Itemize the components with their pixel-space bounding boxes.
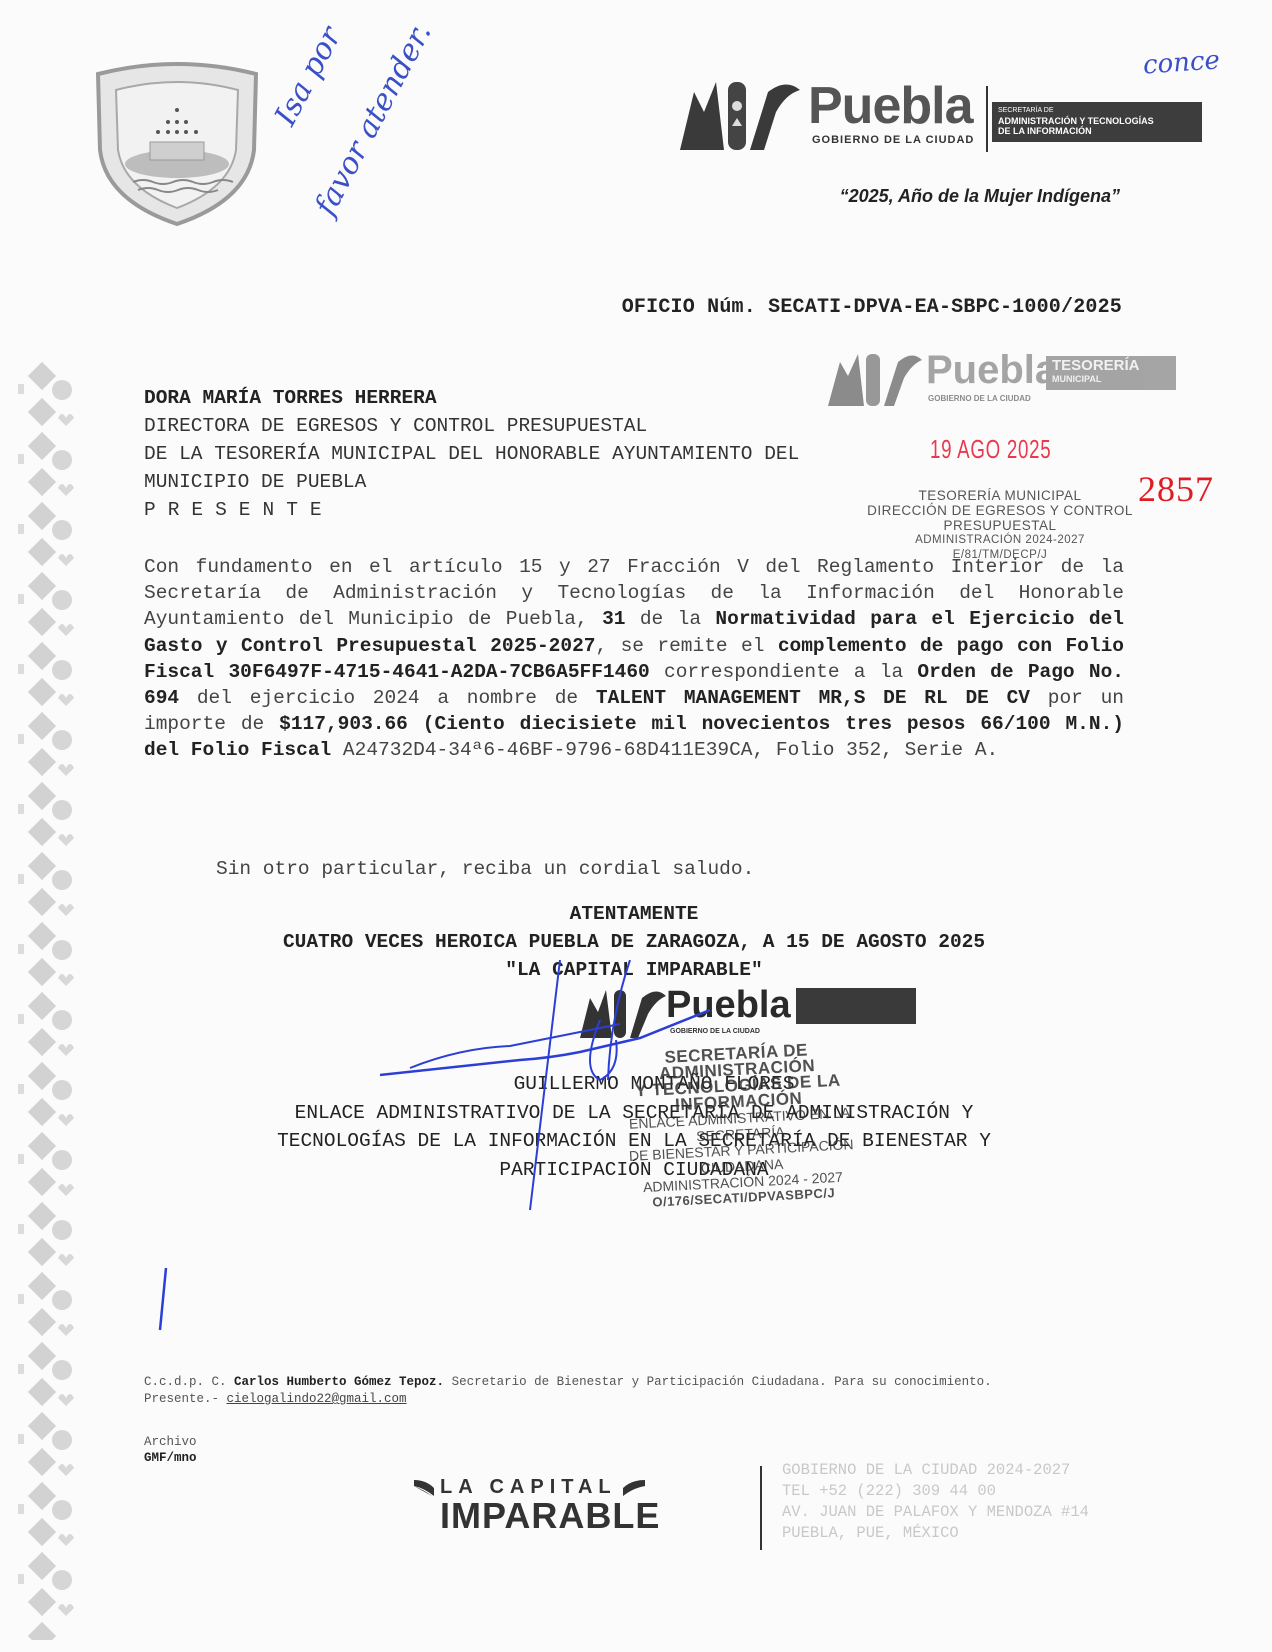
handwritten-margin-mark — [150, 1264, 180, 1334]
body-text: de la — [625, 608, 715, 630]
la-capital-imparable-logo: LA CAPITAL IMPARABLE — [412, 1476, 732, 1537]
puebla-secatI-logo: Puebla GOBIERNO DE LA CIUDAD SECRETARÍA … — [676, 72, 1176, 152]
footer-divider — [760, 1466, 762, 1550]
handwritten-note: Isa por favor atender. — [268, 55, 438, 205]
footer-logo-bottom: IMPARABLE — [440, 1495, 732, 1537]
tesoreria-stamp-line3: PRESUPUESTAL — [850, 518, 1150, 533]
recipient-title-line3: MUNICIPIO DE PUEBLA — [144, 468, 799, 496]
secretaria-line1: SECRETARÍA DE — [998, 106, 1196, 116]
archivo-block: Archivo GMF/mno — [144, 1434, 197, 1466]
cc-name: Carlos Humberto Gómez Tepoz. — [234, 1375, 444, 1389]
tesoreria-stamp-wordmark: Puebla — [926, 348, 1057, 393]
footer-city: PUEBLA, PUE, MÉXICO — [782, 1523, 1089, 1544]
tesoreria-stamp-logo: Puebla GOBIERNO DE LA CIUDAD TESORERÍA M… — [826, 346, 1176, 408]
tesoreria-badge-line2: MUNICIPAL — [1052, 374, 1170, 384]
recipient-block: DORA MARÍA TORRES HERRERA DIRECTORA DE E… — [144, 384, 799, 524]
logo-divider — [986, 86, 988, 152]
cc-email-link[interactable]: cielogalindo22@gmail.com — [227, 1392, 407, 1406]
body-text: , se remite el — [595, 635, 777, 657]
secretaria-line3: DE LA INFORMACIÓN — [998, 126, 1196, 136]
tesoreria-stamp-line4: ADMINISTRACIÓN 2024-2027 — [850, 533, 1150, 548]
body-text: del ejercicio 2024 a nombre de — [179, 687, 596, 709]
tesoreria-badge-line1: TESORERÍA — [1052, 358, 1170, 374]
decorative-border — [18, 360, 78, 1640]
footer-contact-info: GOBIERNO DE LA CIUDAD 2024-2027 TEL +52 … — [782, 1460, 1089, 1544]
tesoreria-stamp-subtitle: GOBIERNO DE LA CIUDAD — [928, 394, 1031, 403]
logo-subtitle: GOBIERNO DE LA CIUDAD — [812, 134, 974, 146]
puebla-wordmark: Puebla — [808, 76, 973, 136]
secretaria-line2: ADMINISTRACIÓN Y TECNOLOGÍAS — [998, 116, 1196, 126]
secretaria-badge: SECRETARÍA DE ADMINISTRACIÓN Y TECNOLOGÍ… — [992, 102, 1202, 142]
cc-block: C.c.d.p. C. Carlos Humberto Gómez Tepoz.… — [144, 1374, 992, 1408]
closing-salutation: Sin otro particular, reciba un cordial s… — [216, 858, 754, 880]
atentamente-label: ATENTAMENTE — [144, 900, 1124, 928]
place-and-date: CUATRO VECES HEROICA PUEBLA DE ZARAGOZA,… — [144, 928, 1124, 956]
recipient-title-line2: DE LA TESORERÍA MUNICIPAL DEL HONORABLE … — [144, 440, 799, 468]
reception-date-stamp: 19 AGO 2025 — [930, 434, 1051, 465]
year-motto: “2025, Año de la Mujer Indígena” — [700, 186, 1120, 207]
city-crest-icon — [88, 60, 266, 228]
footer-line1: GOBIERNO DE LA CIUDAD 2024-2027 — [782, 1460, 1089, 1481]
puebla-emblem-icon — [826, 346, 926, 408]
folio-fiscal-reference: A24732D4-34ª6-46BF-9796-68D411E39CA, Fol… — [331, 739, 998, 761]
sender-stamp-badge — [796, 988, 916, 1024]
puebla-emblem-icon — [676, 72, 806, 152]
footer-phone: TEL +52 (222) 309 44 00 — [782, 1481, 1089, 1502]
article-number: 31 — [602, 608, 625, 630]
oficio-number: OFICIO Núm. SECATI-DPVA-EA-SBPC-1000/202… — [400, 296, 1122, 319]
cc-prefix: C.c.d.p. C. — [144, 1375, 234, 1389]
body-text: correspondiente a la — [650, 661, 918, 683]
author-initials: GMF/mno — [144, 1451, 197, 1465]
handwritten-note-line1: Isa por — [268, 21, 349, 131]
body-paragraph: Con fundamento en el artículo 15 y 27 Fr… — [144, 554, 1124, 764]
cc-role: Secretario de Bienestar y Participación … — [444, 1375, 992, 1389]
supplier-name: TALENT MANAGEMENT MR,S DE RL DE CV — [596, 687, 1030, 709]
tesoreria-stamp-line2: DIRECCIÓN DE EGRESOS Y CONTROL — [850, 503, 1150, 518]
footer-address: AV. JUAN DE PALAFOX Y MENDOZA #14 — [782, 1502, 1089, 1523]
recipient-title-line1: DIRECTORA DE EGRESOS Y CONTROL PRESUPUES… — [144, 412, 799, 440]
recipient-name: DORA MARÍA TORRES HERRERA — [144, 384, 799, 412]
handwritten-signature — [380, 960, 760, 1210]
tesoreria-badge: TESORERÍA MUNICIPAL — [1046, 356, 1176, 390]
presente-label: PRESENTE — [144, 496, 799, 524]
cc-presente: Presente.- — [144, 1392, 227, 1406]
left-wing-icon — [412, 1478, 436, 1498]
archivo-label: Archivo — [144, 1434, 197, 1450]
tesoreria-stamp-text: TESORERÍA MUNICIPAL DIRECCIÓN DE EGRESOS… — [850, 488, 1150, 563]
tesoreria-stamp-line1: TESORERÍA MUNICIPAL — [850, 488, 1150, 503]
